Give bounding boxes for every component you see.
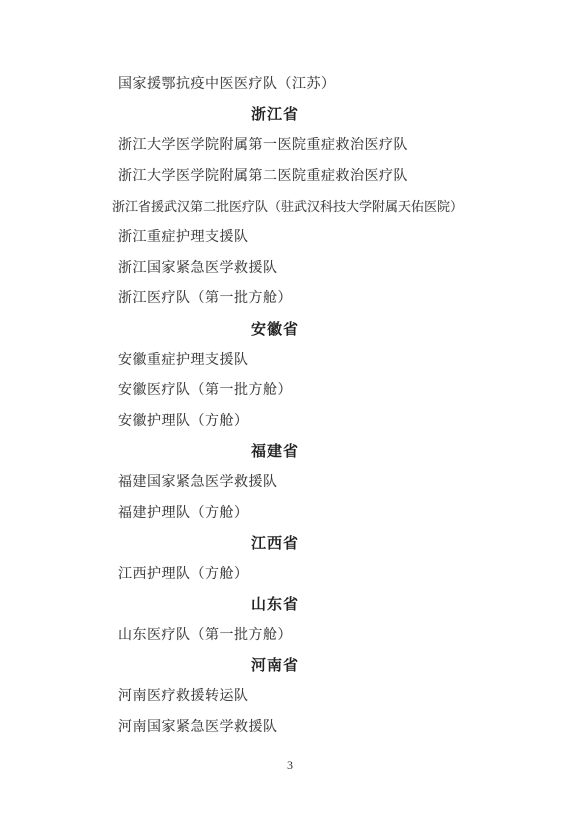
medical-team-item: 山东医疗队（第一批方舱） — [90, 619, 460, 650]
medical-team-item: 浙江大学医学院附属第一医院重症救治医疗队 — [90, 129, 460, 160]
medical-team-item: 浙江大学医学院附属第二医院重症救治医疗队 — [90, 160, 460, 191]
medical-team-item: 安徽重症护理支援队 — [90, 343, 460, 374]
page-number: 3 — [0, 758, 580, 773]
province-heading: 福建省 — [90, 435, 460, 466]
medical-team-item: 河南医疗救援转运队 — [90, 680, 460, 711]
medical-team-item: 国家援鄂抗疫中医医疗队（江苏） — [90, 68, 460, 99]
province-heading: 山东省 — [90, 588, 460, 619]
province-heading: 安徽省 — [90, 313, 460, 344]
medical-team-item: 安徽医疗队（第一批方舱） — [90, 374, 460, 405]
medical-team-item: 河南国家紧急医学救援队 — [90, 710, 460, 741]
content-area: 国家援鄂抗疫中医医疗队（江苏） 浙江省 浙江大学医学院附属第一医院重症救治医疗队… — [90, 68, 460, 741]
medical-team-item: 福建国家紧急医学救援队 — [90, 466, 460, 497]
medical-team-item: 浙江国家紧急医学救援队 — [90, 252, 460, 283]
medical-team-item: 浙江省援武汉第二批医疗队（驻武汉科技大学附属天佑医院） — [90, 190, 460, 221]
province-heading: 江西省 — [90, 527, 460, 558]
medical-team-item: 浙江医疗队（第一批方舱） — [90, 282, 460, 313]
province-heading: 河南省 — [90, 649, 460, 680]
document-page: 国家援鄂抗疫中医医疗队（江苏） 浙江省 浙江大学医学院附属第一医院重症救治医疗队… — [0, 0, 580, 820]
medical-team-item: 福建护理队（方舱） — [90, 496, 460, 527]
medical-team-item: 安徽护理队（方舱） — [90, 405, 460, 436]
province-heading: 浙江省 — [90, 99, 460, 130]
medical-team-item: 浙江重症护理支援队 — [90, 221, 460, 252]
medical-team-item: 江西护理队（方舱） — [90, 558, 460, 589]
